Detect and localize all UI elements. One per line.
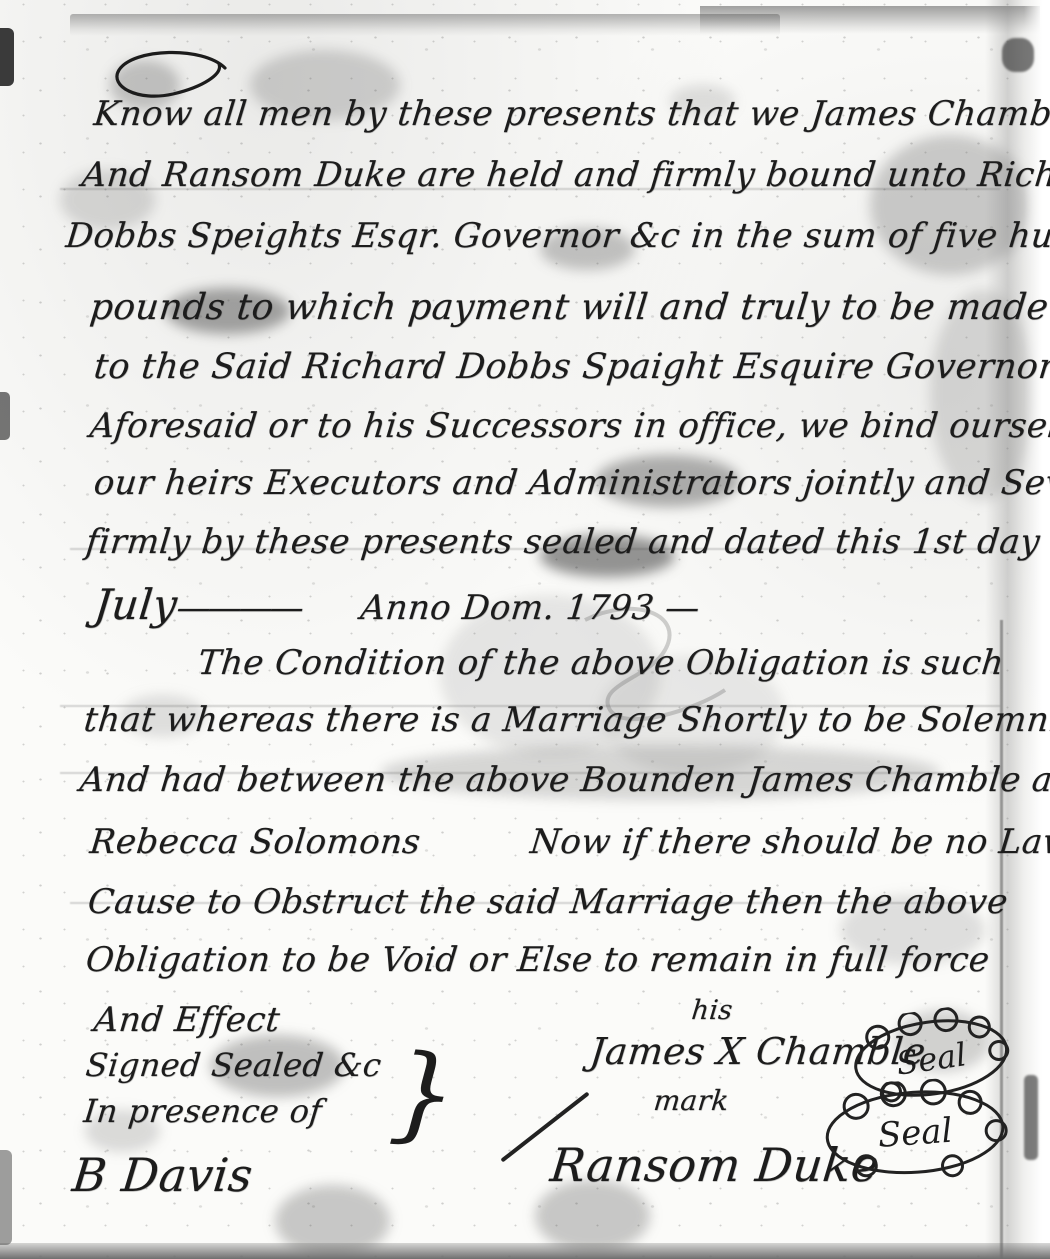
attestation-presence: In presence of	[82, 1094, 324, 1129]
condition-line-1: The Condition of the above Obligation is…	[196, 645, 1006, 682]
date-month: July	[92, 580, 180, 629]
page-edge-right-blotch-2	[1024, 1075, 1038, 1160]
date-anno: Anno Dom. 1793 —	[359, 588, 702, 628]
condition-continued: Now if there should be no Lawfull	[528, 822, 1050, 862]
page-edge-right-blotch	[1002, 38, 1034, 72]
condition-line-6: Obligation to be Void or Else to remain …	[84, 942, 991, 979]
chamble-his: his	[690, 996, 734, 1026]
document-line-2: And Ransom Duke are held and firmly boun…	[80, 157, 1050, 194]
page-edge-left-lower	[0, 1150, 12, 1245]
document-line-3: Dobbs Speights Esqr. Governor &c in the …	[64, 218, 1050, 255]
document-line-7: our heirs Executors and Administrators j…	[92, 465, 1050, 502]
seal-scribble-2: Seal	[817, 1073, 1022, 1189]
witness-brace: }	[386, 1030, 461, 1156]
page-edge-bottom	[0, 1243, 1050, 1259]
scanned-document-page: Know all men by these presents that we J…	[0, 0, 1050, 1259]
seal-label: Seal	[877, 1111, 954, 1156]
document-line-1: Know all men by these presents that we J…	[92, 96, 1050, 133]
bride-name: Rebecca Solomons	[88, 822, 423, 862]
document-line-5: to the Said Richard Dobbs Spaight Esquir…	[92, 348, 1050, 387]
witness-signature: B Davis	[70, 1150, 255, 1201]
condition-line-3: And had between the above Bounden James …	[78, 762, 1050, 799]
document-line-8: firmly by these presents sealed and date…	[84, 524, 1050, 561]
page-corner-topleft-nick	[0, 28, 14, 86]
document-line-4: pounds to which payment will and truly t…	[88, 288, 1050, 328]
page-edge-top	[70, 14, 780, 36]
names-line: Rebecca SolomonsNow if there should be n…	[88, 824, 1050, 861]
flourish-dash: ————	[175, 588, 303, 628]
attestation-signed: Signed Sealed &c	[84, 1048, 383, 1083]
date-line: July————Anno Dom. 1793 —	[92, 582, 702, 628]
chamble-mark: mark	[652, 1086, 730, 1117]
seal-label: Seal	[894, 1035, 969, 1082]
opening-flourish-stroke	[117, 52, 225, 96]
page-edge-left-mark	[0, 392, 10, 440]
document-line-6: Aforesaid or to his Successors in office…	[88, 408, 1050, 445]
closing-line: And Effect	[92, 1002, 282, 1039]
condition-line-5: Cause to Obstruct the said Marriage then…	[86, 884, 1010, 921]
condition-line-2: that whereas there is a Marriage Shortly…	[82, 702, 1050, 739]
